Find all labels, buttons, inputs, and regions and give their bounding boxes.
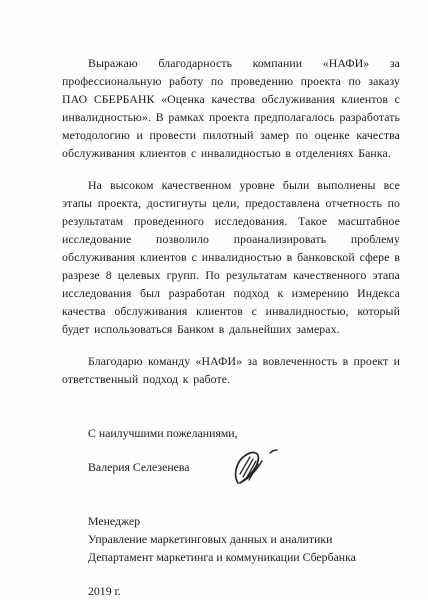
paragraph-gratitude: Выражаю благодарность компании «НАФИ» за… <box>62 54 400 162</box>
closing-salutation: С наилучшими пожеланиями, <box>88 424 400 442</box>
signer-division: Департамент маркетинга и коммуникации Сб… <box>88 548 400 566</box>
letter-date: 2019 г. <box>88 582 400 600</box>
handwritten-signature-icon <box>225 444 281 488</box>
letter-page: Выражаю благодарность компании «НАФИ» за… <box>0 0 428 600</box>
signer-name: Валерия Селезенева <box>88 460 190 474</box>
signer-name-row: Валерия Селезенева <box>88 458 400 476</box>
paragraph-thanks-team: Благодарю команду «НАФИ» за вовлеченност… <box>62 352 400 388</box>
paragraph-project-results: На высоком качественном уровне были выпо… <box>62 176 400 338</box>
signer-title: Менеджер <box>88 512 400 530</box>
signer-department: Управление маркетинговых данных и аналит… <box>88 530 400 548</box>
signer-details-block: Менеджер Управление маркетинговых данных… <box>88 512 400 566</box>
